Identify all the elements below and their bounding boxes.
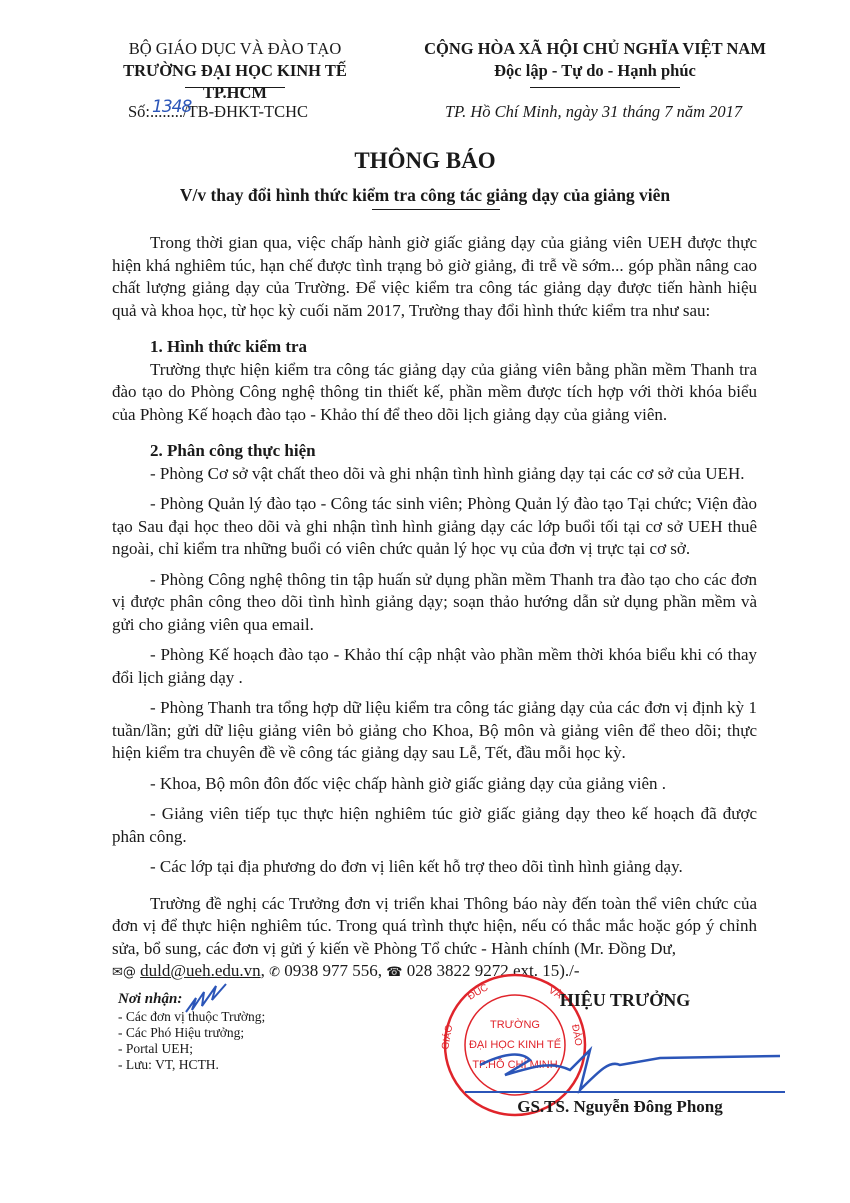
svg-text:GIÁO: GIÁO bbox=[440, 1023, 455, 1050]
section-heading: 2. Phân công thực hiện bbox=[112, 440, 757, 463]
signatory-name: GS.TS. Nguyễn Đông Phong bbox=[470, 1097, 770, 1117]
doc-number-prefix: Số: bbox=[128, 102, 150, 121]
list-item: - Giảng viên tiếp tục thực hiện nghiêm t… bbox=[112, 803, 757, 848]
recipient-item: - Portal UEH; bbox=[118, 1041, 265, 1057]
document-number: Số:........1348/TB-ĐHKT-TCHC bbox=[128, 102, 308, 122]
handwritten-initials bbox=[182, 980, 232, 1015]
list-item: - Phòng Quản lý đào tạo - Công tác sinh … bbox=[112, 493, 757, 561]
mobile-number: 0938 977 556, bbox=[284, 961, 382, 980]
motto-underline bbox=[530, 87, 680, 88]
place-date: TP. Hồ Chí Minh, ngày 31 tháng 7 năm 201… bbox=[445, 102, 742, 122]
list-item: - Phòng Kế hoạch đào tạo - Khảo thí cập … bbox=[112, 644, 757, 689]
mobile-phone-icon: ✆ bbox=[269, 965, 280, 980]
email-link[interactable]: duld@ueh.edu.vn bbox=[140, 961, 260, 980]
section-paragraph: Trường thực hiện kiểm tra công tác giảng… bbox=[112, 359, 757, 427]
list-item: - Phòng Thanh tra tổng hợp dữ liệu kiểm … bbox=[112, 697, 757, 765]
signatory-title: HIỆU TRƯỞNG bbox=[485, 990, 765, 1011]
intro-paragraph: Trong thời gian qua, việc chấp hành giờ … bbox=[112, 232, 757, 322]
handwritten-doc-number: 1348 bbox=[152, 97, 191, 117]
spacer bbox=[112, 879, 757, 893]
university-name: TRƯỜNG ĐẠI HỌC KINH TẾ TP.HCM bbox=[100, 60, 370, 104]
issuer-underline bbox=[185, 87, 285, 88]
document-subtitle: V/v thay đổi hình thức kiểm tra công tác… bbox=[0, 185, 850, 206]
list-item: - Khoa, Bộ môn đôn đốc việc chấp hành gi… bbox=[112, 773, 757, 796]
list-item: - Phòng Cơ sở vật chất theo dõi và ghi n… bbox=[112, 463, 757, 486]
ministry-name: BỘ GIÁO DỤC VÀ ĐÀO TẠO bbox=[100, 38, 370, 60]
issuer-block: BỘ GIÁO DỤC VÀ ĐÀO TẠO TRƯỜNG ĐẠI HỌC KI… bbox=[100, 38, 370, 104]
nation-name: CỘNG HÒA XÃ HỘI CHỦ NGHĨA VIỆT NAM bbox=[395, 38, 795, 60]
telephone-icon: ☎ bbox=[386, 965, 402, 980]
doc-number-suffix: /TB-ĐHKT-TCHC bbox=[183, 102, 308, 121]
national-motto: Độc lập - Tự do - Hạnh phúc bbox=[395, 60, 795, 82]
section-heading: 1. Hình thức kiểm tra bbox=[112, 336, 757, 359]
recipient-item: - Lưu: VT, HCTH. bbox=[118, 1057, 265, 1073]
handwritten-signature bbox=[460, 1030, 790, 1100]
recipient-item: - Các Phó Hiệu trưởng; bbox=[118, 1025, 265, 1041]
document-body: Trong thời gian qua, việc chấp hành giờ … bbox=[112, 232, 757, 985]
document-title: THÔNG BÁO bbox=[0, 148, 850, 174]
list-item: - Phòng Công nghệ thông tin tập huấn sử … bbox=[112, 569, 757, 637]
subtitle-underline bbox=[372, 209, 500, 210]
closing-paragraph: Trường đề nghị các Trưởng đơn vị triển k… bbox=[112, 893, 757, 961]
list-item: - Các lớp tại địa phương do đơn vị liên … bbox=[112, 856, 757, 879]
national-heading: CỘNG HÒA XÃ HỘI CHỦ NGHĨA VIỆT NAM Độc l… bbox=[395, 38, 795, 82]
email-icon: ✉@ bbox=[112, 965, 136, 980]
